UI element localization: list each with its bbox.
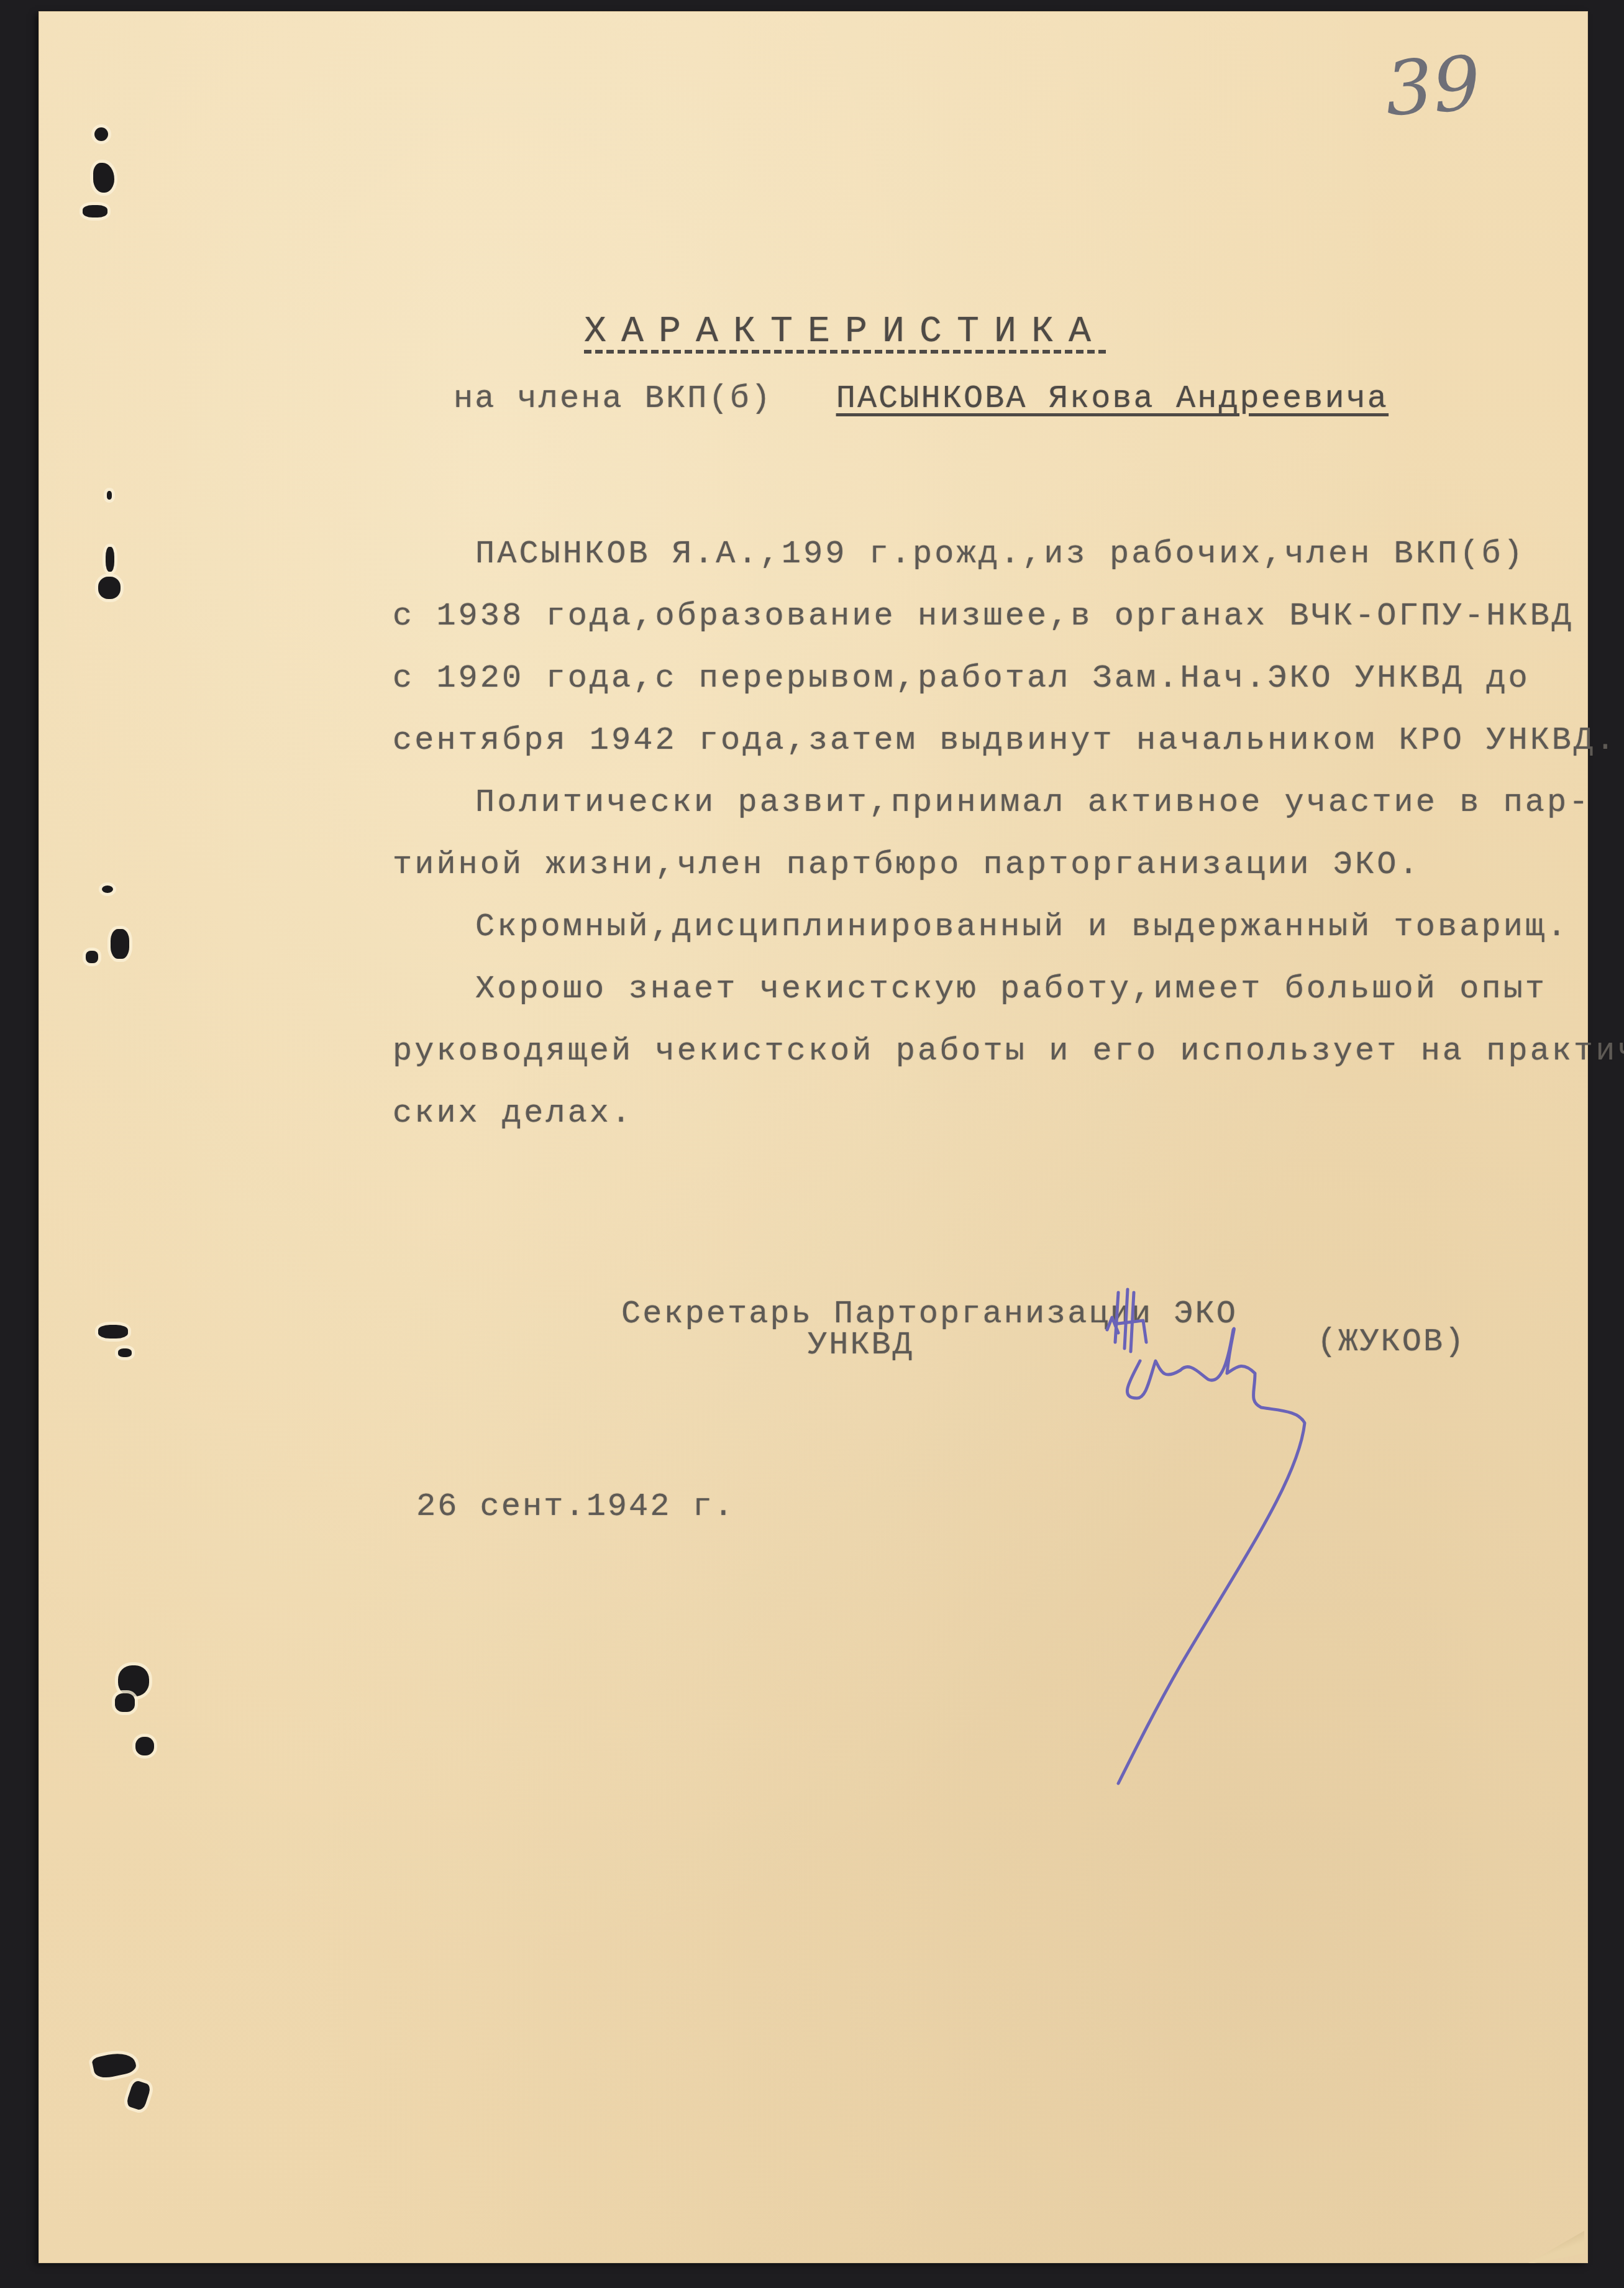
punch-hole [107,491,112,500]
punch-hole [83,205,107,217]
document-date: 26 сент.1942 г. [416,1488,735,1525]
body-line: ПАСЫНКОВ Я.А.,199 г.рожд.,из рабочих,чле… [475,536,1525,572]
subtitle-prefix: на члена ВКП(б) [454,380,772,417]
document-subtitle: на члена ВКП(б) ПАСЫНКОВА Якова Андрееви… [454,380,1389,417]
punch-hole [93,163,114,193]
punch-hole [118,1665,149,1696]
body-line: Хорошо знает чекистскую работу,имеет бол… [475,971,1547,1007]
punch-hole [102,885,113,893]
punch-hole [111,929,129,959]
body-line: Политически развит,принимал активное уча… [475,784,1590,821]
body-line: с 1920 года,с перерывом,работал Зам.Нач.… [393,660,1530,697]
punch-hole [98,1325,128,1338]
body-line: сентября 1942 года,затем выдвинут началь… [393,722,1617,759]
archive-page-number: 39 [1382,40,1483,133]
body-line: Скромный,дисциплинированный и выдержанны… [475,908,1569,945]
body-line: с 1938 года,образование низшее,в органах… [393,598,1574,634]
body-line: руководящей чекистской работы и его испо… [393,1033,1624,1069]
signatory-department: УНКВД [808,1327,914,1363]
punch-hole [135,1737,154,1755]
handwritten-signature [1056,1280,1367,1964]
subject-name: ПАСЫНКОВА Якова Андреевича [836,380,1389,417]
document-title: ХАРАКТЕРИСТИКА [584,311,1106,353]
punch-hole [118,1348,132,1357]
body-line: ских делах. [393,1095,633,1132]
punch-hole [106,547,114,572]
punch-hole [115,1693,135,1712]
punch-hole [98,577,121,599]
body-line: тийной жизни,член партбюро парторганизац… [393,846,1421,883]
punch-hole [94,127,108,141]
punch-hole [86,951,98,963]
